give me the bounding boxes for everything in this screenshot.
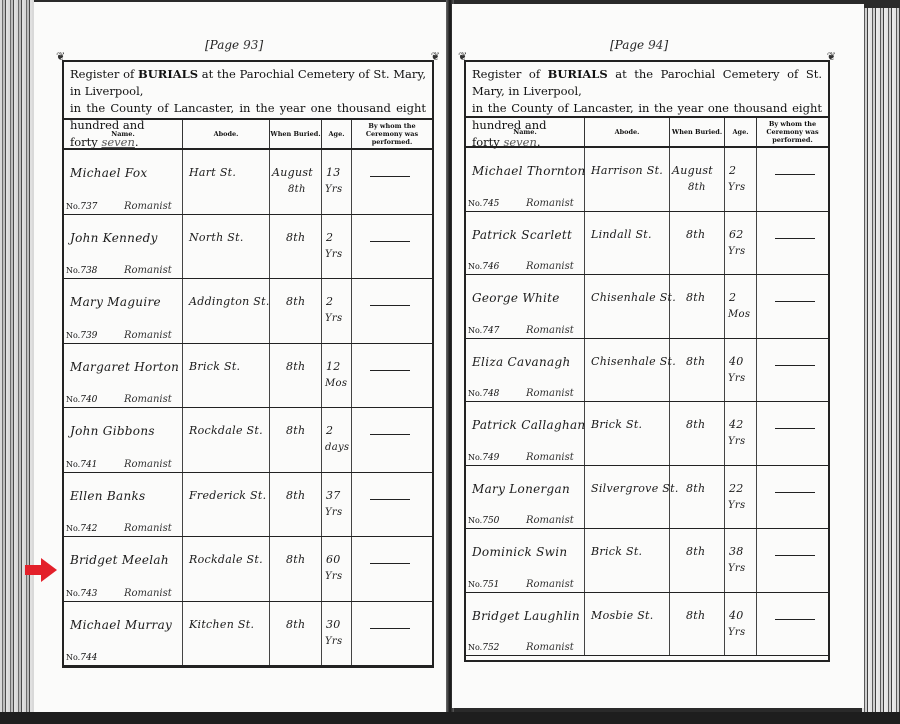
- entry-by-whom-dash: [775, 238, 815, 239]
- entry-by-whom-dash: [370, 628, 410, 629]
- entry-abode: Brick St.: [591, 418, 642, 431]
- entry-age-cell: 2Yrs: [725, 148, 757, 211]
- entry-when-buried-cell: 8th: [670, 402, 725, 465]
- entry-when-buried: 8th: [686, 418, 705, 431]
- entry-abode-cell: Rockdale St.: [183, 537, 270, 601]
- entry-by-whom-dash: [775, 492, 815, 493]
- entry-abode-cell: Addington St.: [183, 279, 270, 343]
- entry-by-whom-cell: [352, 602, 432, 666]
- entry-name-cell: Ellen BanksNo.742Romanist: [64, 473, 183, 537]
- entry-name-cell: Dominick SwinNo.751Romanist: [466, 529, 585, 592]
- register-entry: Mary LonerganNo.750RomanistSilvergrove S…: [466, 466, 828, 530]
- entry-age-cell: 40Yrs: [725, 339, 757, 402]
- entry-age-unit: Yrs: [728, 182, 745, 193]
- entry-age-cell: 37Yrs: [322, 473, 352, 537]
- entry-age-value: 2: [729, 164, 736, 177]
- entry-by-whom-cell: [757, 593, 828, 656]
- entry-when-buried: 8th: [686, 482, 705, 495]
- entry-by-whom-cell: [757, 529, 828, 592]
- entry-number: No.748: [468, 389, 499, 399]
- entry-name: Dominick Swin: [472, 545, 567, 559]
- entry-when-buried: 8th: [286, 424, 305, 437]
- entry-age-value: 2: [729, 291, 736, 304]
- entry-age-cell: 2Yrs: [322, 279, 352, 343]
- entry-abode: Lindall St.: [591, 228, 652, 241]
- register-entry: Michael ThorntonNo.745RomanistHarrison S…: [466, 148, 828, 212]
- entry-by-whom-dash: [370, 241, 410, 242]
- entry-by-whom-dash: [775, 365, 815, 366]
- entry-number: No.746: [468, 262, 499, 272]
- entry-age-unit: Yrs: [325, 184, 342, 195]
- entry-abode: Brick St.: [189, 360, 240, 373]
- entry-name: Margaret Horton: [70, 360, 179, 374]
- entry-abode-cell: Chisenhale St.: [585, 339, 670, 402]
- entry-when-buried-cell: 8th: [270, 537, 322, 601]
- entry-abode-cell: Rockdale St.: [183, 408, 270, 472]
- entry-name: Patrick Scarlett: [472, 228, 572, 242]
- entry-abode: Chisenhale St.: [591, 291, 676, 304]
- entry-when-buried: 8th: [286, 231, 305, 244]
- entry-name-cell: Bridget MeelahNo.743Romanist: [64, 537, 183, 601]
- entry-name-cell: John KennedyNo.738Romanist: [64, 215, 183, 279]
- entry-when-buried: 8th: [686, 545, 705, 558]
- register-entry: Dominick SwinNo.751RomanistBrick St.8th3…: [466, 529, 828, 593]
- entry-by-whom-dash: [370, 370, 410, 371]
- header-age: Age.: [725, 118, 757, 146]
- entry-when-buried: 8th: [286, 360, 305, 373]
- entry-age-cell: 2Yrs: [322, 215, 352, 279]
- entry-abode: North St.: [189, 231, 244, 244]
- entry-number: No.739: [66, 331, 97, 341]
- entry-religion-note: Romanist: [526, 325, 574, 336]
- register-entry: Patrick CallaghanNo.749RomanistBrick St.…: [466, 402, 828, 466]
- entry-age-value: 62: [729, 228, 744, 241]
- entry-by-whom-cell: [352, 279, 432, 343]
- entry-name-cell: Eliza CavanaghNo.748Romanist: [466, 339, 585, 402]
- entry-age-unit: Yrs: [728, 563, 745, 574]
- entry-age-unit: Mos: [325, 378, 347, 389]
- entry-age-cell: 12Mos: [322, 344, 352, 408]
- entry-by-whom-cell: [352, 408, 432, 472]
- entry-religion-note: Romanist: [124, 523, 172, 534]
- entry-name-cell: Patrick CallaghanNo.749Romanist: [466, 402, 585, 465]
- entry-abode: Rockdale St.: [189, 424, 263, 437]
- entry-age-value: 13: [326, 166, 341, 179]
- entry-age-unit: Yrs: [325, 571, 342, 582]
- entry-name: Michael Thornton: [472, 164, 585, 178]
- entry-name-cell: George WhiteNo.747Romanist: [466, 275, 585, 338]
- entry-age-cell: 30Yrs: [322, 602, 352, 666]
- entry-religion-note: Romanist: [526, 198, 574, 209]
- entry-name-cell: Michael ThorntonNo.745Romanist: [466, 148, 585, 211]
- entry-age-unit: Yrs: [325, 507, 342, 518]
- entry-by-whom-dash: [370, 434, 410, 435]
- entry-when-buried-cell: 8th: [270, 279, 322, 343]
- entry-when-buried: 8th: [286, 553, 305, 566]
- register-entry: Michael FoxNo.737RomanistHart St.August8…: [64, 150, 432, 215]
- entry-name: John Gibbons: [70, 424, 155, 438]
- entry-by-whom-cell: [352, 344, 432, 408]
- entry-name-cell: John GibbonsNo.741Romanist: [64, 408, 183, 472]
- book-page-edges-left: [0, 0, 34, 712]
- entry-age-value: 40: [729, 609, 744, 622]
- red-arrow-icon: [25, 558, 57, 582]
- entry-when-buried: 8th: [286, 618, 305, 631]
- register-entry: Mary MaguireNo.739RomanistAddington St.8…: [64, 279, 432, 344]
- entry-when-buried-cell: 8th: [670, 212, 725, 275]
- entry-abode: Silvergrove St.: [591, 482, 679, 495]
- entry-age-cell: 62Yrs: [725, 212, 757, 275]
- entry-number: No.743: [66, 589, 97, 599]
- entry-by-whom-dash: [775, 301, 815, 302]
- entry-age-cell: 22Yrs: [725, 466, 757, 529]
- entry-name: Michael Murray: [70, 618, 172, 632]
- book-page-edges-right: [862, 8, 900, 714]
- entry-name: Michael Fox: [70, 166, 147, 180]
- entry-age-cell: 38Yrs: [725, 529, 757, 592]
- entry-religion-note: Romanist: [526, 642, 574, 653]
- entry-name: Mary Lonergan: [472, 482, 570, 496]
- entry-religion-note: Romanist: [526, 261, 574, 272]
- entry-age-value: 40: [729, 355, 744, 368]
- entry-age-unit: Yrs: [728, 500, 745, 511]
- entry-number: No.749: [468, 453, 499, 463]
- entry-abode-cell: Frederick St.: [183, 473, 270, 537]
- entry-when-buried-cell: 8th: [670, 593, 725, 656]
- entry-by-whom-dash: [775, 555, 815, 556]
- entry-age-unit: Yrs: [728, 627, 745, 638]
- entry-by-whom-dash: [370, 305, 410, 306]
- entry-abode: Mosbie St.: [591, 609, 654, 622]
- entry-abode-cell: Brick St.: [585, 529, 670, 592]
- entry-name: Eliza Cavanagh: [472, 355, 571, 369]
- entry-abode: Frederick St.: [189, 489, 266, 502]
- entry-when-buried-cell: 8th: [270, 473, 322, 537]
- entry-by-whom-cell: [352, 537, 432, 601]
- entry-when-buried-cell: 8th: [670, 466, 725, 529]
- entry-religion-note: Romanist: [526, 388, 574, 399]
- entry-age-value: 2: [326, 231, 333, 244]
- entry-age-unit: Yrs: [325, 313, 342, 324]
- entry-religion-note: Romanist: [124, 265, 172, 276]
- entry-age-value: 22: [729, 482, 744, 495]
- entry-age-unit: days: [325, 442, 349, 453]
- entry-by-whom-cell: [757, 339, 828, 402]
- entry-when-buried-cell: 8th: [270, 408, 322, 472]
- entry-name-cell: Mary MaguireNo.739Romanist: [64, 279, 183, 343]
- entry-abode-cell: Silvergrove St.: [585, 466, 670, 529]
- header-by-whom: By whom the Ceremony was performed.: [352, 120, 432, 148]
- entry-number: No.738: [66, 266, 97, 276]
- entry-by-whom-cell: [757, 212, 828, 275]
- entry-when-buried: 8th: [286, 489, 305, 502]
- header-by-whom: By whom the Ceremony was performed.: [757, 118, 828, 146]
- left-page-number: [Page93]: [205, 38, 263, 52]
- entry-name-cell: Margaret HortonNo.740Romanist: [64, 344, 183, 408]
- entry-religion-note: Romanist: [526, 452, 574, 463]
- header-when-buried: When Buried.: [670, 118, 725, 146]
- register-entry: Michael MurrayNo.744Kitchen St.8th30Yrs: [64, 602, 432, 667]
- entry-abode-cell: Brick St.: [183, 344, 270, 408]
- entry-abode: Chisenhale St.: [591, 355, 676, 368]
- entry-by-whom-cell: [757, 402, 828, 465]
- register-entry: John KennedyNo.738RomanistNorth St.8th2Y…: [64, 215, 432, 280]
- entry-when-buried-cell: 8th: [670, 275, 725, 338]
- entry-abode: Kitchen St.: [189, 618, 254, 631]
- entry-religion-note: Romanist: [124, 201, 172, 212]
- book-bottom-shadow: [0, 712, 900, 724]
- entry-when-buried-cell: August8th: [270, 150, 322, 214]
- entry-abode-cell: Mosbie St.: [585, 593, 670, 656]
- entry-by-whom-cell: [757, 148, 828, 211]
- register-entry: John GibbonsNo.741RomanistRockdale St.8t…: [64, 408, 432, 473]
- entry-number: No.737: [66, 202, 97, 212]
- register-entry: Eliza CavanaghNo.748RomanistChisenhale S…: [466, 339, 828, 403]
- entry-by-whom-cell: [352, 215, 432, 279]
- entry-number: No.752: [468, 643, 499, 653]
- entry-religion-note: Romanist: [526, 515, 574, 526]
- entry-age-value: 12: [326, 360, 341, 373]
- entry-age-value: 2: [326, 295, 333, 308]
- register-entry: Patrick ScarlettNo.746RomanistLindall St…: [466, 212, 828, 276]
- entry-abode: Rockdale St.: [189, 553, 263, 566]
- entry-name: Bridget Meelah: [70, 553, 169, 567]
- entry-age-unit: Yrs: [325, 249, 342, 260]
- entry-number: No.744: [66, 653, 97, 663]
- entry-when-buried-cell: 8th: [270, 215, 322, 279]
- header-name: Name.: [64, 120, 183, 148]
- entry-when-buried-cell: 8th: [270, 344, 322, 408]
- entry-by-whom-cell: [757, 275, 828, 338]
- right-column-headers: Name. Abode. When Buried. Age. By whom t…: [466, 116, 828, 148]
- entry-name-cell: Bridget LaughlinNo.752Romanist: [466, 593, 585, 656]
- entry-number: No.751: [468, 580, 499, 590]
- entry-age-unit: Yrs: [728, 246, 745, 257]
- entry-when-buried-cell: 8th: [670, 339, 725, 402]
- header-age: Age.: [322, 120, 352, 148]
- entry-abode-cell: North St.: [183, 215, 270, 279]
- entry-religion-note: Romanist: [124, 459, 172, 470]
- entry-abode-cell: Brick St.: [585, 402, 670, 465]
- entry-age-cell: 2days: [322, 408, 352, 472]
- entry-when-buried-cell: 8th: [270, 602, 322, 666]
- header-when-buried: When Buried.: [270, 120, 322, 148]
- entry-when-buried-cell: August8th: [670, 148, 725, 211]
- entry-abode-cell: Kitchen St.: [183, 602, 270, 666]
- entry-by-whom-cell: [352, 150, 432, 214]
- entry-religion-note: Romanist: [124, 588, 172, 599]
- entry-name: Ellen Banks: [70, 489, 146, 503]
- entry-age-value: 30: [326, 618, 341, 631]
- entry-age-value: 37: [326, 489, 341, 502]
- entry-by-whom-dash: [775, 174, 815, 175]
- register-entry: Margaret HortonNo.740RomanistBrick St.8t…: [64, 344, 432, 409]
- entry-when-buried-day: 8th: [288, 184, 306, 195]
- entry-age-value: 60: [326, 553, 341, 566]
- open-register-book: [Page93] Register of BURIALS at the Paro…: [0, 0, 900, 724]
- entry-abode: Brick St.: [591, 545, 642, 558]
- entry-abode: Hart St.: [189, 166, 236, 179]
- entry-name-cell: Mary LonerganNo.750Romanist: [466, 466, 585, 529]
- register-entry: Ellen BanksNo.742RomanistFrederick St.8t…: [64, 473, 432, 538]
- entry-when-buried: 8th: [686, 228, 705, 241]
- entry-name: John Kennedy: [70, 231, 158, 245]
- entry-when-buried: 8th: [686, 609, 705, 622]
- entry-when-buried: 8th: [686, 355, 705, 368]
- register-entry: Bridget LaughlinNo.752RomanistMosbie St.…: [466, 593, 828, 657]
- entry-name-cell: Michael FoxNo.737Romanist: [64, 150, 183, 214]
- entry-abode-cell: Lindall St.: [585, 212, 670, 275]
- entry-abode: Harrison St.: [591, 164, 663, 177]
- entry-name-cell: Patrick ScarlettNo.746Romanist: [466, 212, 585, 275]
- entry-name-cell: Michael MurrayNo.744: [64, 602, 183, 666]
- entry-age-cell: 40Yrs: [725, 593, 757, 656]
- entry-number: No.740: [66, 395, 97, 405]
- entry-religion-note: Romanist: [124, 330, 172, 341]
- entry-number: No.747: [468, 326, 499, 336]
- entry-name: Patrick Callaghan: [472, 418, 585, 432]
- entry-by-whom-cell: [757, 466, 828, 529]
- entry-abode-cell: Hart St.: [183, 150, 270, 214]
- entry-age-value: 38: [729, 545, 744, 558]
- register-entry: Bridget MeelahNo.743RomanistRockdale St.…: [64, 537, 432, 602]
- entry-number: No.750: [468, 516, 499, 526]
- entry-age-unit: Mos: [728, 309, 750, 320]
- entry-age-unit: Yrs: [728, 373, 745, 384]
- entry-name: Bridget Laughlin: [472, 609, 580, 623]
- entry-by-whom-dash: [775, 619, 815, 620]
- entry-by-whom-cell: [352, 473, 432, 537]
- entry-age-cell: 13Yrs: [322, 150, 352, 214]
- entry-when-buried: August: [672, 164, 713, 177]
- entry-when-buried-day: 8th: [688, 182, 706, 193]
- entry-number: No.745: [468, 199, 499, 209]
- entry-religion-note: Romanist: [124, 394, 172, 405]
- entry-age-unit: Yrs: [325, 636, 342, 647]
- register-entry: George WhiteNo.747RomanistChisenhale St.…: [466, 275, 828, 339]
- entry-age-cell: 42Yrs: [725, 402, 757, 465]
- entry-name: Mary Maguire: [70, 295, 161, 309]
- entry-age-value: 42: [729, 418, 744, 431]
- entry-by-whom-dash: [370, 563, 410, 564]
- entry-abode-cell: Chisenhale St.: [585, 275, 670, 338]
- entry-age-cell: 2Mos: [725, 275, 757, 338]
- entry-religion-note: Romanist: [526, 579, 574, 590]
- entry-number: No.741: [66, 460, 97, 470]
- entry-abode: Addington St.: [189, 295, 270, 308]
- entry-age-cell: 60Yrs: [322, 537, 352, 601]
- header-abode: Abode.: [585, 118, 670, 146]
- entry-when-buried-cell: 8th: [670, 529, 725, 592]
- entry-by-whom-dash: [775, 428, 815, 429]
- entry-abode-cell: Harrison St.: [585, 148, 670, 211]
- entry-number: No.742: [66, 524, 97, 534]
- left-column-headers: Name. Abode. When Buried. Age. By whom t…: [64, 118, 432, 150]
- entry-when-buried: August: [272, 166, 313, 179]
- entry-by-whom-dash: [370, 176, 410, 177]
- header-name: Name.: [466, 118, 585, 146]
- entry-by-whom-dash: [370, 499, 410, 500]
- entry-name: George White: [472, 291, 560, 305]
- right-page-number: [Page94]: [610, 38, 668, 52]
- entry-age-value: 2: [326, 424, 333, 437]
- entry-when-buried: 8th: [686, 291, 705, 304]
- header-abode: Abode.: [183, 120, 270, 148]
- entry-age-unit: Yrs: [728, 436, 745, 447]
- entry-when-buried: 8th: [286, 295, 305, 308]
